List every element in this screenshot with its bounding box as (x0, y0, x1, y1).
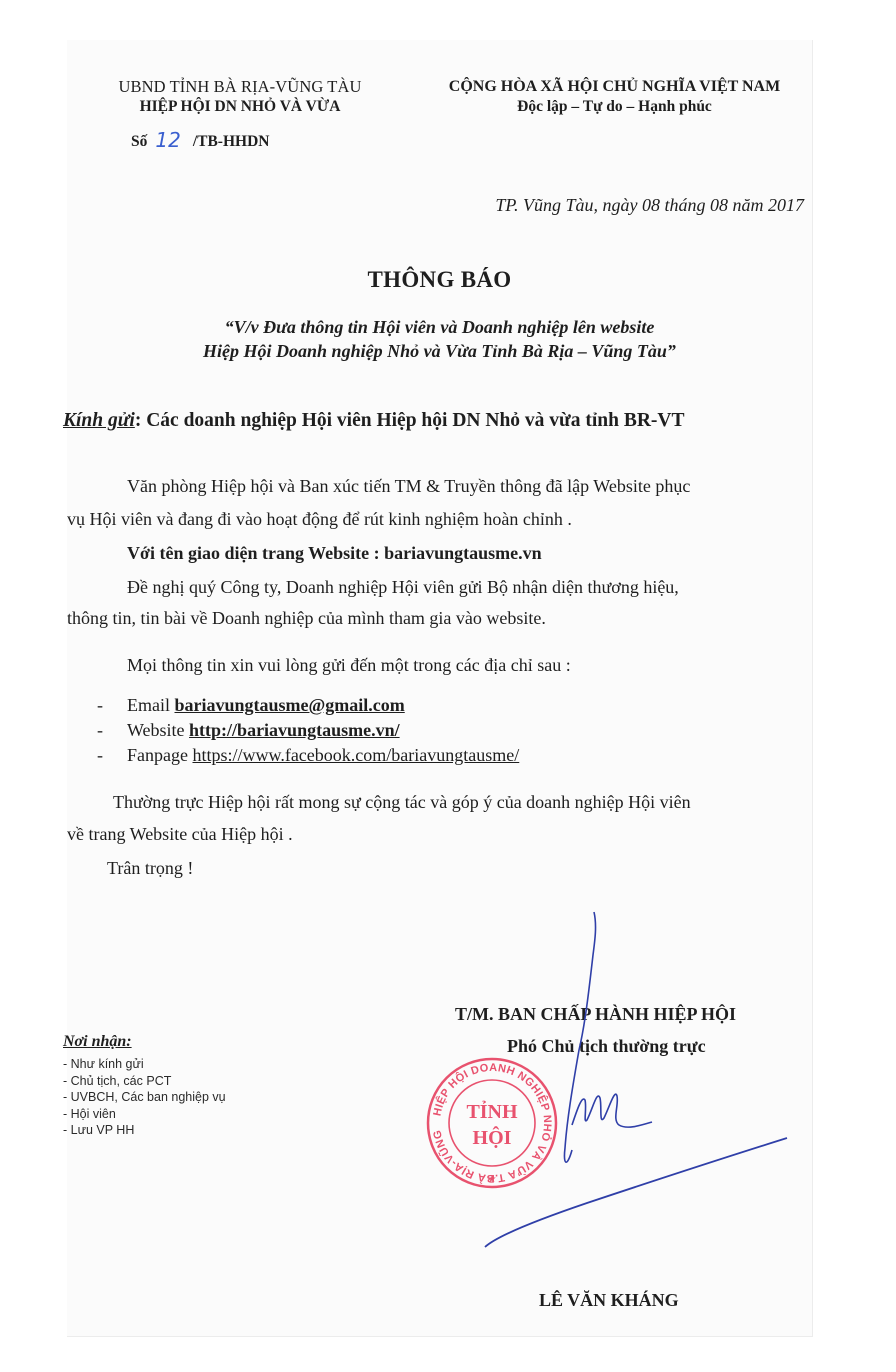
website-link[interactable]: http://bariavungtausme.vn/ (189, 720, 400, 740)
distribution-item: - Lưu VP HH (63, 1122, 226, 1139)
paragraph-2-line-1: Đề nghị quý Công ty, Doanh nghiệp Hội vi… (127, 577, 679, 598)
document-subject: “V/v Đưa thông tin Hội viên và Doanh ngh… (67, 315, 812, 363)
distribution-item: - Hội viên (63, 1106, 226, 1123)
bullet-dash: - (97, 745, 127, 766)
stamp-center-line-2: HỘI (473, 1126, 512, 1149)
website-name-line: Với tên giao diện trang Website : bariav… (127, 543, 542, 564)
signatory-role: Phó Chủ tịch thường trực (507, 1036, 706, 1057)
contact-label: Email (127, 695, 175, 715)
recipient-line: Kính gửi: Các doanh nghiệp Hội viên Hiệp… (63, 410, 685, 432)
handwritten-number: 12 (155, 128, 180, 152)
signatory-name: LÊ VĂN KHÁNG (539, 1290, 679, 1311)
contact-email: -Email bariavungtausme@gmail.com (97, 695, 405, 716)
date-line: TP. Vũng Tàu, ngày 08 tháng 08 năm 2017 (495, 195, 804, 216)
national-motto: Độc lập – Tự do – Hạnh phúc (417, 97, 812, 117)
stamp-center-line-1: TỈNH (466, 1100, 518, 1123)
distribution-item: - Như kính gửi (63, 1056, 226, 1073)
document-title: THÔNG BÁO (67, 267, 812, 293)
email-link[interactable]: bariavungtausme@gmail.com (175, 695, 405, 715)
contact-website: -Website http://bariavungtausme.vn/ (97, 720, 400, 741)
paragraph-1-line-2: vụ Hội viên và đang đi vào hoạt động để … (67, 509, 572, 530)
issuing-authority-block: UBND TỈNH BÀ RỊA-VŨNG TÀU HIỆP HỘI DN NH… (67, 77, 413, 116)
contact-fanpage: -Fanpage https://www.facebook.com/bariav… (97, 745, 519, 766)
subject-line-2: Hiệp Hội Doanh nghiệp Nhỏ và Vừa Tỉnh Bà… (67, 339, 812, 363)
subject-line-1: “V/v Đưa thông tin Hội viên và Doanh ngh… (67, 315, 812, 339)
official-stamp-icon: HIỆP HỘI DOANH NGHIỆP NHỎ VÀ VỪA T.BÀ RỊ… (425, 1056, 559, 1190)
document-page: UBND TỈNH BÀ RỊA-VŨNG TÀU HIỆP HỘI DN NH… (67, 40, 813, 1337)
paragraph-4-line-2: về trang Website của Hiệp hội . (67, 824, 293, 845)
fanpage-link[interactable]: https://www.facebook.com/bariavungtausme… (192, 745, 519, 765)
contact-label: Fanpage (127, 745, 192, 765)
distribution-item: - UVBCH, Các ban nghiệp vụ (63, 1089, 226, 1106)
recipient-label: Kính gửi (63, 410, 135, 431)
bullet-dash: - (97, 695, 127, 716)
number-suffix: /TB-HHDN (193, 133, 270, 150)
organization-name: HIỆP HỘI DN NHỎ VÀ VỪA (67, 97, 413, 116)
recipient-text: : Các doanh nghiệp Hội viên Hiệp hội DN … (135, 410, 685, 431)
document-number: Số12/TB-HHDN (131, 127, 269, 151)
distribution-item: - Chủ tịch, các PCT (63, 1073, 226, 1090)
signature-on-behalf: T/M. BAN CHẤP HÀNH HIỆP HỘI (455, 1004, 736, 1025)
paragraph-3: Mọi thông tin xin vui lòng gửi đến một t… (127, 655, 571, 676)
paragraph-4-line-1: Thường trực Hiệp hội rất mong sự cộng tá… (113, 792, 691, 813)
nation-name: CỘNG HÒA XÃ HỘI CHỦ NGHĨA VIỆT NAM (417, 77, 812, 97)
paragraph-1-line-1: Văn phòng Hiệp hội và Ban xúc tiến TM & … (127, 476, 690, 497)
bullet-dash: - (97, 720, 127, 741)
number-prefix: Số (131, 133, 147, 150)
contact-label: Website (127, 720, 189, 740)
paragraph-2-line-2: thông tin, tin bài về Doanh nghiệp của m… (67, 608, 546, 629)
stamp-star-icon: ★ (488, 1174, 497, 1185)
distribution-list: - Như kính gửi - Chủ tịch, các PCT - UVB… (63, 1056, 226, 1139)
closing-line: Trân trọng ! (107, 858, 193, 879)
national-header-block: CỘNG HÒA XÃ HỘI CHỦ NGHĨA VIỆT NAM Độc l… (417, 77, 812, 117)
distribution-heading: Nơi nhận: (63, 1033, 132, 1051)
authority-name: UBND TỈNH BÀ RỊA-VŨNG TÀU (67, 77, 413, 97)
